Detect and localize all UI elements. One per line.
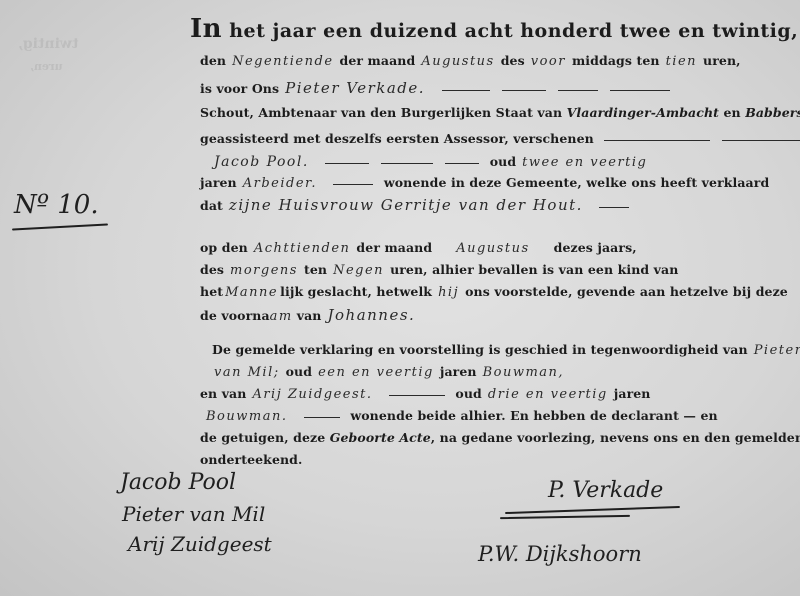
- signature-flourish: [505, 506, 680, 514]
- handwritten-sex: Manne: [223, 285, 280, 300]
- birth-date-line: op denAchttiendender maandAugustusdezes …: [200, 240, 782, 256]
- handwritten-birth-hour: Negen: [327, 263, 390, 278]
- birth-time-line: desmorgenstenNegenuren, alhier bevallen …: [200, 262, 782, 278]
- printed-text: de voorna: [200, 308, 270, 323]
- printed-text: De gemelde verklaring en voorstelling is…: [212, 342, 748, 357]
- signature-dijkshoorn: P.W. Dijkshoorn: [478, 542, 642, 566]
- printed-text: Schout, Ambtenaar van den Burgerlijken S…: [200, 105, 562, 120]
- handwritten-witness1-age: een en veertig: [312, 365, 440, 380]
- fill-dash: [445, 162, 479, 164]
- signature-pieter-van-mil: Pieter van Mil: [122, 502, 265, 526]
- spouse-line: datzijne Huisvrouw Gerritje van der Hout…: [200, 196, 782, 214]
- sex-line: hetMannelijk geslacht, hetwelkhijons voo…: [200, 284, 782, 300]
- printed-text: jaren: [200, 175, 237, 190]
- fill-dash: [333, 183, 373, 185]
- handwritten-witness2-age: drie en veertig: [482, 387, 614, 402]
- bleed-through-text: uren,: [30, 60, 63, 73]
- declarant-line: Jacob Pool. oudtwee en veertig: [200, 154, 782, 170]
- signed-line: onderteekend.: [200, 452, 782, 467]
- printed-text: onderteekend.: [200, 452, 302, 467]
- handwritten-mother-name: zijne Huisvrouw Gerritje van der Hout.: [223, 196, 589, 214]
- act-title: Geboorte Acte: [330, 430, 431, 445]
- fill-dash: [604, 139, 710, 141]
- date-line: denNegentiendeder maandAugustusdesvoormi…: [200, 53, 782, 69]
- birth-certificate-page: twintig, uren, Nº 10. In het jaar een du…: [0, 0, 800, 596]
- handwritten-witness1-first: Pieter: [748, 343, 800, 358]
- handwritten-time-of-day: morgens: [224, 263, 304, 278]
- printed-text: wonende in deze Gemeente, welke ons heef…: [384, 175, 769, 190]
- printed-text: oud: [286, 364, 312, 379]
- printed-text: ons voorstelde, gevende aan hetzelve bij…: [465, 284, 788, 299]
- handwritten-suffix: am: [270, 309, 297, 324]
- handwritten-witness1-last: van Mil;: [200, 365, 286, 380]
- child-name-line: de voornaamvanJohannes.: [200, 306, 782, 324]
- handwritten-witness1-occupation: Bouwman,: [477, 365, 570, 380]
- printed-text: geassisteerd met deszelfs eersten Assess…: [200, 131, 594, 146]
- printed-text: jaren: [440, 364, 477, 379]
- printed-text: jaren: [614, 386, 651, 401]
- witness1-line: van Mil;oudeen en veertigjarenBouwman,: [200, 364, 782, 380]
- signature-jacob-pool: Jacob Pool: [120, 470, 236, 495]
- printed-text: wonende beide alhier. En hebben de decla…: [350, 408, 717, 423]
- residence-line: Bouwman. wonende beide alhier. En hebben…: [200, 408, 782, 424]
- printed-text: middags ten: [572, 53, 660, 68]
- printed-text: en van: [200, 386, 246, 401]
- handwritten-witness2-occupation: Bouwman.: [200, 409, 293, 424]
- printed-text: , na gedane voorlezing, nevens ons en de…: [431, 430, 800, 445]
- printed-text: ten: [304, 262, 327, 277]
- printed-text: der maand: [356, 240, 432, 255]
- assessor-line: geassisteerd met deszelfs eersten Assess…: [200, 131, 782, 146]
- printed-text: en: [723, 105, 740, 120]
- printed-text: van: [297, 308, 322, 323]
- printed-text: oud: [455, 386, 481, 401]
- handwritten-occupation: Arbeider.: [237, 176, 323, 191]
- official-line: is voor OnsPieter Verkade.: [200, 79, 782, 97]
- signing-line: de getuigen, deze Geboorte Acte, na geda…: [200, 430, 782, 445]
- printed-text: lijk geslacht, hetwelk: [280, 284, 432, 299]
- bleed-through-text: twintig,: [18, 36, 78, 52]
- handwritten-declarant-name: Jacob Pool.: [200, 154, 315, 170]
- printed-text: dezes jaars,: [554, 240, 637, 255]
- handwritten-hour: tien: [660, 54, 703, 69]
- fill-dash: [610, 89, 670, 91]
- fill-dash: [325, 162, 369, 164]
- municipality-line: Schout, Ambtenaar van den Burgerlijken S…: [200, 105, 782, 120]
- fill-dash: [389, 394, 445, 396]
- handwritten-ampm: voor: [525, 54, 572, 69]
- printed-text: is voor Ons: [200, 81, 279, 96]
- register-number: Nº 10.: [14, 190, 99, 220]
- printed-text: op den: [200, 240, 248, 255]
- heading-text: het jaar een duizend acht honderd twee e…: [229, 20, 798, 42]
- fill-dash: [381, 162, 433, 164]
- handwritten-day: Negentiende: [226, 54, 339, 69]
- fill-dash: [599, 206, 629, 208]
- handwritten-birth-month: Augustus: [432, 241, 553, 256]
- printed-text: der maand: [340, 53, 416, 68]
- fill-dash: [558, 89, 598, 91]
- printed-text: den: [200, 53, 226, 68]
- fill-dash: [722, 139, 800, 141]
- printed-text: uren, alhier bevallen is van een kind va…: [390, 262, 678, 277]
- handwritten-witness2-name: Arij Zuidgeest.: [246, 387, 378, 402]
- municipality-name: Vlaardinger-Ambacht: [567, 105, 719, 120]
- signature-verkade: P. Verkade: [548, 478, 663, 503]
- witness-intro-line: De gemelde verklaring en voorstelling is…: [212, 342, 782, 358]
- register-underline: [12, 223, 108, 230]
- witness2-line: en vanArij Zuidgeest. ouddrie en veertig…: [200, 386, 782, 402]
- printed-text: des: [200, 262, 224, 277]
- handwritten-official-name: Pieter Verkade.: [279, 79, 431, 97]
- handwritten-age: twee en veertig: [516, 155, 653, 170]
- signature-flourish: [500, 515, 630, 519]
- handwritten-pronoun: hij: [432, 285, 465, 300]
- printed-text: dat: [200, 198, 223, 213]
- handwritten-birth-day: Achttienden: [248, 241, 357, 256]
- occupation-line: jarenArbeider. wonende in deze Gemeente,…: [200, 175, 782, 191]
- printed-text: uren,: [703, 53, 741, 68]
- signature-arij-zuidgeest: Arij Zuidgeest: [128, 532, 272, 556]
- fill-dash: [442, 89, 490, 91]
- printed-text: de getuigen, deze: [200, 430, 325, 445]
- fill-dash: [502, 89, 546, 91]
- printed-text: het: [200, 284, 223, 299]
- heading-line: In het jaar een duizend acht honderd twe…: [190, 14, 782, 44]
- polder-name: Babberspolder: [745, 105, 800, 120]
- heading-initial: In: [190, 14, 222, 44]
- handwritten-month: Augustus: [415, 54, 500, 69]
- fill-dash: [304, 416, 340, 418]
- printed-text: oud: [490, 154, 516, 169]
- printed-text: des: [501, 53, 525, 68]
- handwritten-child-name: Johannes.: [322, 306, 422, 324]
